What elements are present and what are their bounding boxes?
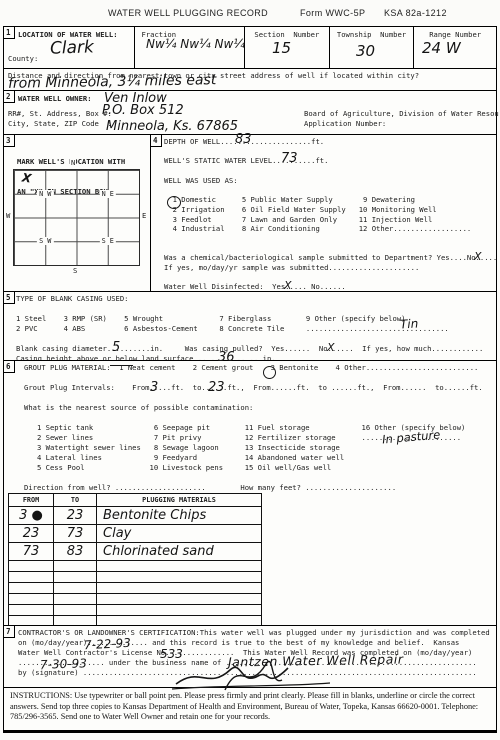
- range-number-label: Range Number: [414, 30, 496, 39]
- to-cell: 23: [54, 507, 97, 525]
- section-4-well-data: 4 DEPTH OF WELL.....................ft. …: [151, 135, 496, 291]
- board-of-agriculture-label: Board of Agriculture, Division of Water …: [304, 109, 500, 119]
- typed-line: [24, 393, 483, 403]
- typed-line: CONTRACTOR'S OR LANDOWNER'S CERTIFICATIO…: [18, 628, 490, 638]
- distance-question: Distance and direction from nearest town…: [4, 69, 496, 81]
- typed-line: [24, 373, 483, 383]
- from-cell: [9, 605, 54, 616]
- typed-line: 1 Septic tank 6 Seepage pit 11 Fuel stor…: [24, 423, 483, 433]
- form-number: Form WWC-5P: [300, 8, 365, 18]
- bentonite-circle-mark: [263, 366, 276, 379]
- typed-line: [164, 273, 497, 283]
- plugging-table-row: 2373Clay: [9, 525, 262, 543]
- compass-w-label: W: [5, 211, 11, 220]
- city-state-zip-label: City, State, ZIP Code :: [8, 119, 112, 129]
- typed-line: 2 Irrigation 6 Oil Field Water Supply 10…: [164, 205, 497, 215]
- section-3-badge: 3: [4, 135, 15, 147]
- materials-column-header: PLUGGING MATERIALS: [97, 494, 262, 507]
- signature-scribble: [170, 656, 340, 694]
- to-column-header: TO: [54, 494, 97, 507]
- form-header: WATER WELL PLUGGING RECORD Form WWC-5P K…: [0, 5, 500, 27]
- section-6-text: GROUT PLUG MATERIAL: 1 Neat cement 2 Cem…: [24, 363, 483, 493]
- scanned-form-sheet: WATER WELL PLUGGING RECORD Form WWC-5P K…: [0, 0, 500, 740]
- township-number-label: Township Number: [330, 30, 414, 39]
- to-cell: [54, 594, 97, 605]
- section-4-badge: 4: [151, 135, 162, 147]
- fraction-label: Fraction: [141, 30, 176, 39]
- from-cell: [9, 594, 54, 605]
- plugging-table-row: [9, 572, 262, 583]
- plugging-table-row: [9, 594, 262, 605]
- county-label: County:: [8, 54, 38, 63]
- quadrant-sw-label: S W: [37, 237, 53, 245]
- typed-line: Was a chemical/bacteriological sample su…: [164, 253, 497, 263]
- section-2-badge: 2: [4, 91, 15, 103]
- typed-line: Grout Plug Intervals: From.....ft. to...…: [24, 383, 483, 393]
- fraction-cell: Fraction: [135, 27, 245, 68]
- typed-line: 1 Steel 3 RMP (SR) 5 Wrought 7 Fiberglas…: [16, 314, 483, 324]
- to-cell: [54, 583, 97, 594]
- section-5-badge: 5: [4, 292, 15, 304]
- typed-line: What is the nearest source of possible c…: [24, 403, 483, 413]
- typed-line: on (mo/day/year).............. and this …: [18, 638, 490, 648]
- from-column-header: FROM: [9, 494, 54, 507]
- form-statute: KSA 82a-1212: [384, 8, 447, 18]
- from-cell: [9, 583, 54, 594]
- to-cell: 83: [54, 543, 97, 561]
- typed-line: 3 Feedlot 7 Lawn and Garden Only 11 Inje…: [164, 215, 497, 225]
- typed-line: 5 Cess Pool 10 Livestock pens 15 Oil wel…: [24, 463, 483, 473]
- domestic-circle-mark: [167, 196, 181, 209]
- typed-line: 2 PVC 4 ABS 6 Asbestos-Cement 8 Concrete…: [16, 324, 483, 334]
- material-cell: Chlorinated sand: [97, 543, 262, 561]
- section-1-badge: 1: [4, 27, 15, 39]
- compass-n-label: N: [70, 158, 76, 167]
- typed-line: [16, 334, 483, 344]
- typed-line: [164, 166, 497, 176]
- township-number-cell: Township Number: [330, 27, 415, 68]
- plugging-table-row: [9, 605, 262, 616]
- typed-line: [164, 244, 497, 254]
- section-6-badge: 6: [4, 361, 15, 373]
- typed-line: 2 Sewer lines 7 Pit privy 12 Fertilizer …: [24, 433, 483, 443]
- plugging-table-header-row: FROM TO PLUGGING MATERIALS: [9, 494, 262, 507]
- typed-line: If yes, mo/day/yr sample was submitted..…: [164, 263, 497, 273]
- section-number-label: Section Number: [245, 30, 329, 39]
- section-6-grout: 6 GROUT PLUG MATERIAL: 1 Neat cement 2 C…: [3, 360, 497, 626]
- typed-line: Direction from well? ...................…: [24, 483, 483, 493]
- typed-line: 1 Domestic 5 Public Water Supply 9 Dewat…: [164, 195, 497, 205]
- to-cell: 73: [54, 525, 97, 543]
- typed-line: [24, 413, 483, 423]
- from-cell: [9, 572, 54, 583]
- material-cell: [97, 572, 262, 583]
- address-label: RR#, St. Address, Box #:: [8, 109, 112, 119]
- typed-line: WELL WAS USED AS:: [164, 176, 497, 186]
- to-cell: [54, 561, 97, 572]
- section-2-owner: 2 WATER WELL OWNER: RR#, St. Address, Bo…: [3, 90, 497, 135]
- typed-line: Blank casing diameter..........in. Was c…: [16, 344, 483, 354]
- quadrant-nw-label: N W: [37, 190, 53, 198]
- typed-line: 4 Lateral lines 9 Feedyard 14 Abandoned …: [24, 453, 483, 463]
- plugging-table-row: 7383Chlorinated sand: [9, 543, 262, 561]
- quadrant-se-label: S E: [100, 237, 116, 245]
- plugging-table-row: 3 ●23Bentonite Chips: [9, 507, 262, 525]
- section-3-4-row: 3 MARK WELL'S LOCATION WITH AN "X" IN SE…: [3, 134, 497, 292]
- section-3-location-box: 3 MARK WELL'S LOCATION WITH AN "X" IN SE…: [4, 135, 151, 291]
- section-box-grid: N W N E S W S E X: [13, 169, 140, 266]
- from-cell: 3 ●: [9, 507, 54, 525]
- range-number-cell: Range Number: [414, 27, 496, 68]
- typed-line: 4 Industrial 8 Air Conditioning 12 Other…: [164, 224, 497, 234]
- form-body: 1 LOCATION OF WATER WELL: County: Fracti…: [3, 27, 497, 733]
- location-cell: 1 LOCATION OF WATER WELL: County:: [4, 27, 135, 68]
- to-cell: [54, 605, 97, 616]
- to-cell: [54, 572, 97, 583]
- plugging-table: FROM TO PLUGGING MATERIALS 3 ●23Bentonit…: [8, 493, 262, 627]
- section-5-casing: 5 TYPE OF BLANK CASING USED: 1 Steel 3 R…: [3, 291, 497, 361]
- material-cell: Clay: [97, 525, 262, 543]
- compass-s-label: S: [72, 266, 78, 275]
- typed-line: DEPTH OF WELL.....................ft.: [164, 137, 497, 147]
- typed-line: [164, 185, 497, 195]
- typed-line: [16, 304, 483, 314]
- section-5-text: TYPE OF BLANK CASING USED: 1 Steel 3 RMP…: [16, 294, 483, 364]
- location-title: LOCATION OF WATER WELL:: [18, 30, 118, 39]
- section-number-cell: Section Number: [245, 27, 330, 68]
- from-cell: 23: [9, 525, 54, 543]
- typed-line: [164, 234, 497, 244]
- material-cell: Bentonite Chips: [97, 507, 262, 525]
- plugging-table-body: 3 ●23Bentonite Chips2373Clay7383Chlorina…: [9, 507, 262, 627]
- below-word-underline: [110, 352, 133, 366]
- material-cell: [97, 594, 262, 605]
- typed-line: [24, 473, 483, 483]
- plugging-table-row: [9, 583, 262, 594]
- application-number-label: Application Number:: [304, 119, 386, 129]
- material-cell: [97, 605, 262, 616]
- section-7-badge: 7: [4, 626, 15, 638]
- material-cell: [97, 583, 262, 594]
- typed-line: [164, 147, 497, 157]
- plugging-table-row: [9, 561, 262, 572]
- form-title: WATER WELL PLUGGING RECORD: [108, 8, 268, 18]
- from-cell: 73: [9, 543, 54, 561]
- well-location-x-mark: X: [21, 170, 32, 185]
- material-cell: [97, 561, 262, 572]
- typed-line: GROUT PLUG MATERIAL: 1 Neat cement 2 Cem…: [24, 363, 483, 373]
- quadrant-ne-label: N E: [100, 190, 116, 198]
- typed-line: TYPE OF BLANK CASING USED:: [16, 294, 483, 304]
- compass-e-label: E: [141, 211, 147, 220]
- section-1-location: 1 LOCATION OF WATER WELL: County: Fracti…: [3, 26, 497, 69]
- typed-line: 3 Watertight sewer lines 8 Sewage lagoon…: [24, 443, 483, 453]
- section-4-text: DEPTH OF WELL.....................ft. WE…: [164, 137, 497, 292]
- owner-label: WATER WELL OWNER:: [18, 94, 92, 104]
- from-cell: [9, 561, 54, 572]
- typed-line: WELL'S STATIC WATER LEVEL..........ft.: [164, 156, 497, 166]
- distance-row: Distance and direction from nearest town…: [3, 68, 497, 91]
